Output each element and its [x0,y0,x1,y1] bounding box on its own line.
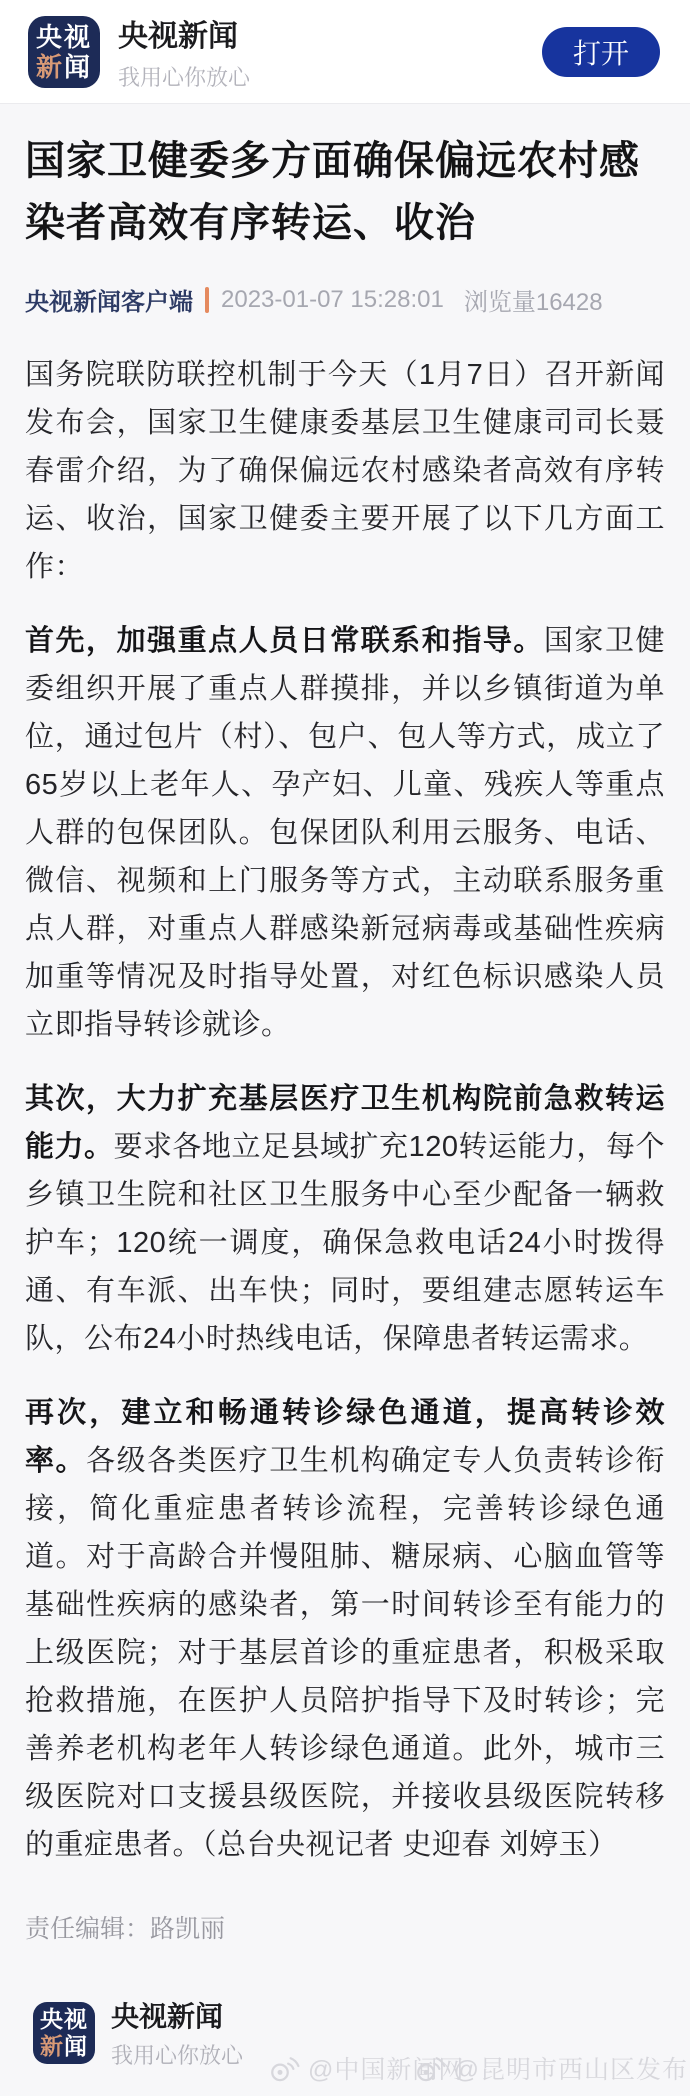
app-name: 央视新闻 [118,11,542,55]
logo-char-wen: 闻 [64,52,92,82]
article-paragraph: 再次，建立和畅通转诊绿色通道，提高转诊效率。各级各类医疗卫生机构确定专人负责转诊… [25,1389,665,1869]
app-slogan: 我用心你放心 [118,61,542,92]
byline-datetime: 2023-01-07 15:28:01 [221,286,444,314]
editor-credit: 责任编辑：路凯丽 [25,1909,665,1945]
watermark-item: @昆明市西山区发布 [414,2050,688,2086]
article-paragraph: 国务院联防联控机制于今天（1月7日）召开新闻发布会，国家卫生健康委基层卫生健康司… [25,351,665,591]
footer-app-name: 央视新闻 [111,1995,243,2035]
logo-text-line2: 新 闻 [36,52,92,82]
watermark-label: @昆明市西山区发布 [454,2050,688,2086]
article-paragraph: 其次，大力扩充基层医疗卫生机构院前急救转运能力。要求各地立足县域扩充120转运能… [25,1075,665,1363]
byline-separator [205,287,209,313]
cctv-news-logo: 央视 新 闻 [28,16,100,88]
logo-text-line1: 央视 [36,22,92,52]
byline: 央视新闻客户端 2023-01-07 15:28:01 浏览量16428 [25,282,665,317]
paragraph-lead: 首先，加强重点人员日常联系和指导。 [25,625,544,657]
app-meta: 央视新闻 我用心你放心 [118,11,542,92]
logo-text-line1: 央视 [40,2006,88,2033]
logo-char-xin: 新 [36,52,64,82]
article-paragraph: 首先，加强重点人员日常联系和指导。国家卫健委组织开展了重点人群摸排，并以乡镇街道… [25,617,665,1049]
weibo-icon [414,2053,448,2083]
article: 国家卫健委多方面确保偏远农村感染者高效有序转运、收治 央视新闻客户端 2023-… [0,104,690,1945]
paragraph-text: 国务院联防联控机制于今天（1月7日）召开新闻发布会，国家卫生健康委基层卫生健康司… [25,359,665,583]
paragraph-text: 国家卫健委组织开展了重点人群摸排，并以乡镇街道为单位，通过包片（村）、包户、包人… [25,625,665,1041]
news-article-page: 央视 新 闻 央视新闻 我用心你放心 打开 国家卫健委多方面确保偏远农村感染者高… [0,0,690,2096]
paragraph-text: 要求各地立足县域扩充120转运能力，每个乡镇卫生院和社区卫生服务中心至少配备一辆… [25,1131,665,1355]
weibo-icon [268,2053,302,2083]
paragraph-text: 各级各类医疗卫生机构确定专人负责转诊衔接，简化重症患者转诊流程，完善转诊绿色通道… [25,1445,665,1861]
article-body: 国务院联防联控机制于今天（1月7日）召开新闻发布会，国家卫生健康委基层卫生健康司… [25,351,665,1869]
open-app-button[interactable]: 打开 [542,27,660,77]
watermark-row: @中国新闻网 @昆明市西山区发布 [0,2050,690,2088]
byline-source: 央视新闻客户端 [25,282,193,317]
app-download-banner: 央视 新 闻 央视新闻 我用心你放心 打开 [0,0,690,104]
byline-view-count: 浏览量16428 [464,282,603,317]
article-title: 国家卫健委多方面确保偏远农村感染者高效有序转运、收治 [25,130,665,254]
